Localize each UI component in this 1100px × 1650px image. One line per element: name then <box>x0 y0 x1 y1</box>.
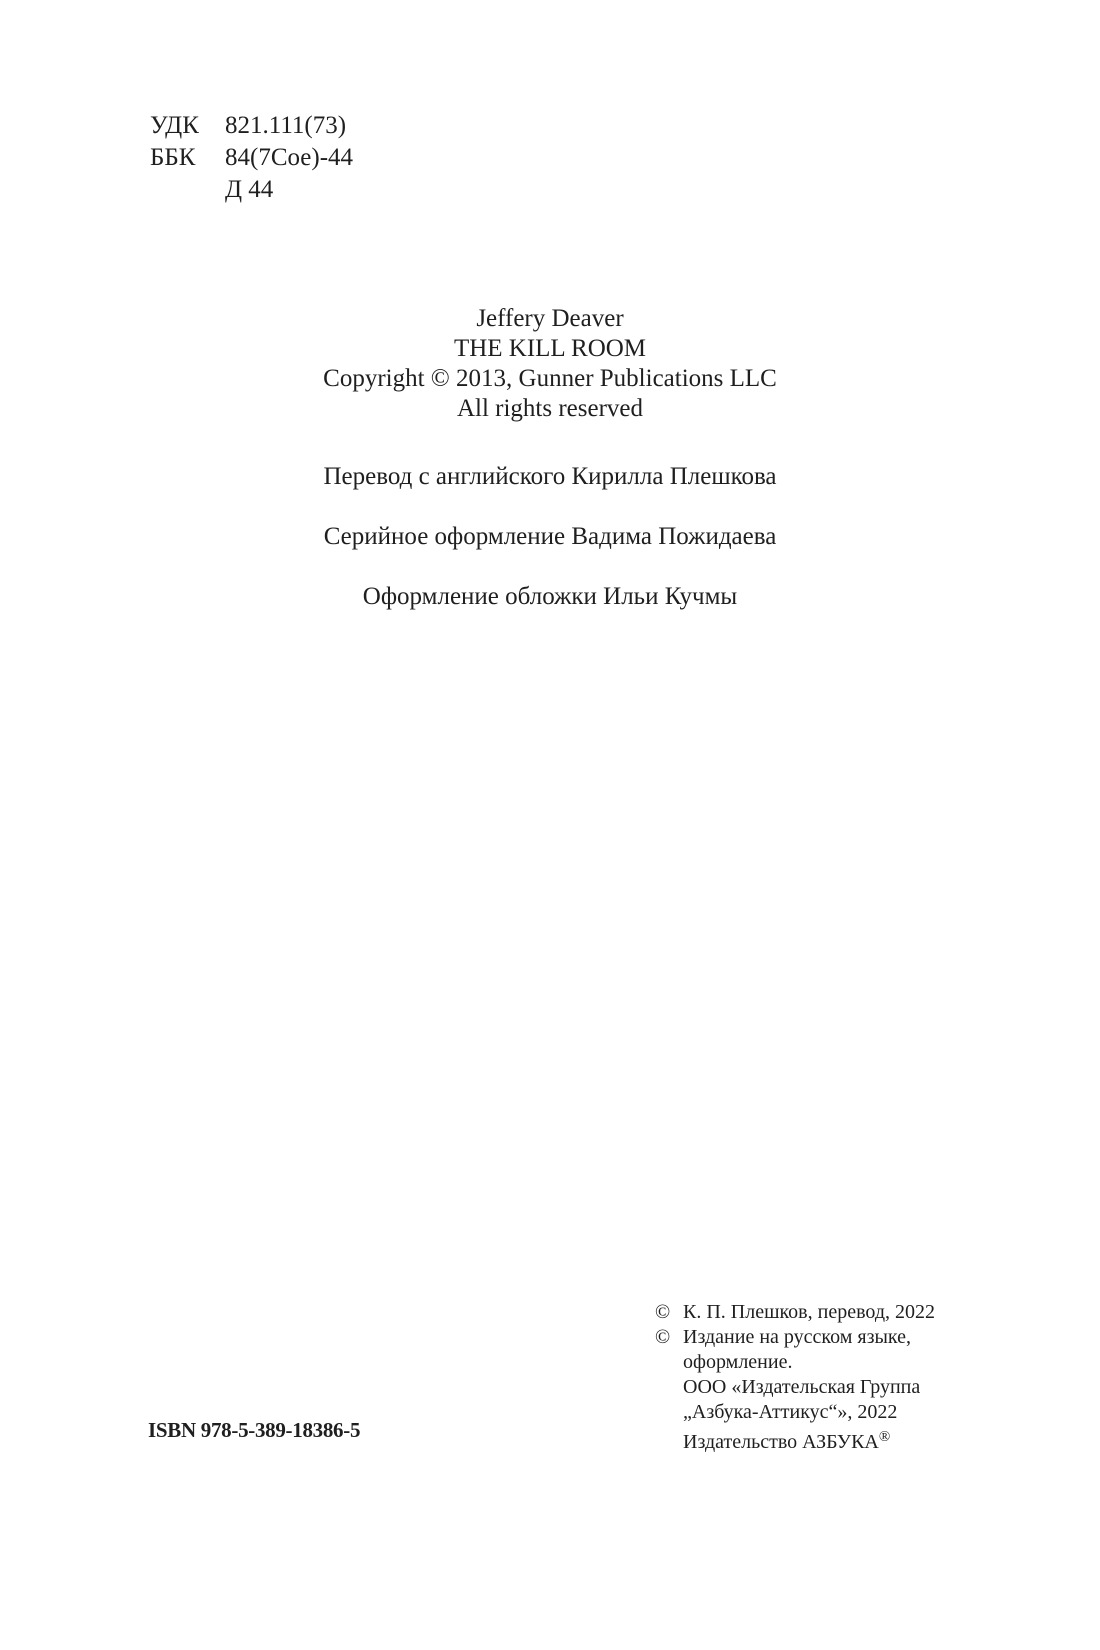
udk-row: УДК 821.111(73) <box>150 110 353 142</box>
copyright-icon: © <box>655 1325 683 1350</box>
copyright-notices: © К. П. Плешков, перевод, 2022 © Издание… <box>655 1300 935 1455</box>
copyright-icon: © <box>655 1300 683 1325</box>
edition-line-2: оформление. <box>655 1350 935 1375</box>
original-copyright: Copyright © 2013, Gunner Publications LL… <box>0 364 1100 394</box>
cover-design-credit: Оформление обложки Ильи Кучмы <box>0 582 1100 612</box>
translation-copyright-text: К. П. Плешков, перевод, 2022 <box>683 1300 935 1325</box>
translation-credit: Перевод с английского Кирилла Плешкова <box>0 462 1100 492</box>
author-mark-row: Д 44 <box>150 174 353 206</box>
original-title: THE KILL ROOM <box>0 334 1100 364</box>
udk-label: УДК <box>150 110 225 142</box>
translation-copyright-line: © К. П. Плешков, перевод, 2022 <box>655 1300 935 1325</box>
series-design-credit: Серийное оформление Вадима Пожидаева <box>0 522 1100 552</box>
classification-codes: УДК 821.111(73) ББК 84(7Сое)-44 Д 44 <box>150 110 353 206</box>
edition-copyright-line: © Издание на русском языке, <box>655 1325 935 1350</box>
edition-line-3: ООО «Издательская Группа <box>655 1375 935 1400</box>
original-author: Jeffery Deaver <box>0 304 1100 334</box>
isbn: ISBN 978-5-389-18386-5 <box>148 1418 360 1443</box>
bbk-row: ББК 84(7Сое)-44 <box>150 142 353 174</box>
publisher-name: Издательство АЗБУКА <box>683 1431 879 1453</box>
bbk-label: ББК <box>150 142 225 174</box>
original-rights-block: Jeffery Deaver THE KILL ROOM Copyright ©… <box>0 304 1100 424</box>
edition-line-4: „Азбука-Аттикус“», 2022 <box>655 1400 935 1425</box>
udk-value: 821.111(73) <box>225 110 346 142</box>
author-mark: Д 44 <box>225 174 273 206</box>
edition-line-5: Издательство АЗБУКА® <box>655 1425 935 1455</box>
bbk-value: 84(7Сое)-44 <box>225 142 353 174</box>
rights-reserved: All rights reserved <box>0 394 1100 424</box>
registered-trademark-icon: ® <box>879 1429 890 1445</box>
edition-copyright-text: Издание на русском языке, <box>683 1325 911 1350</box>
